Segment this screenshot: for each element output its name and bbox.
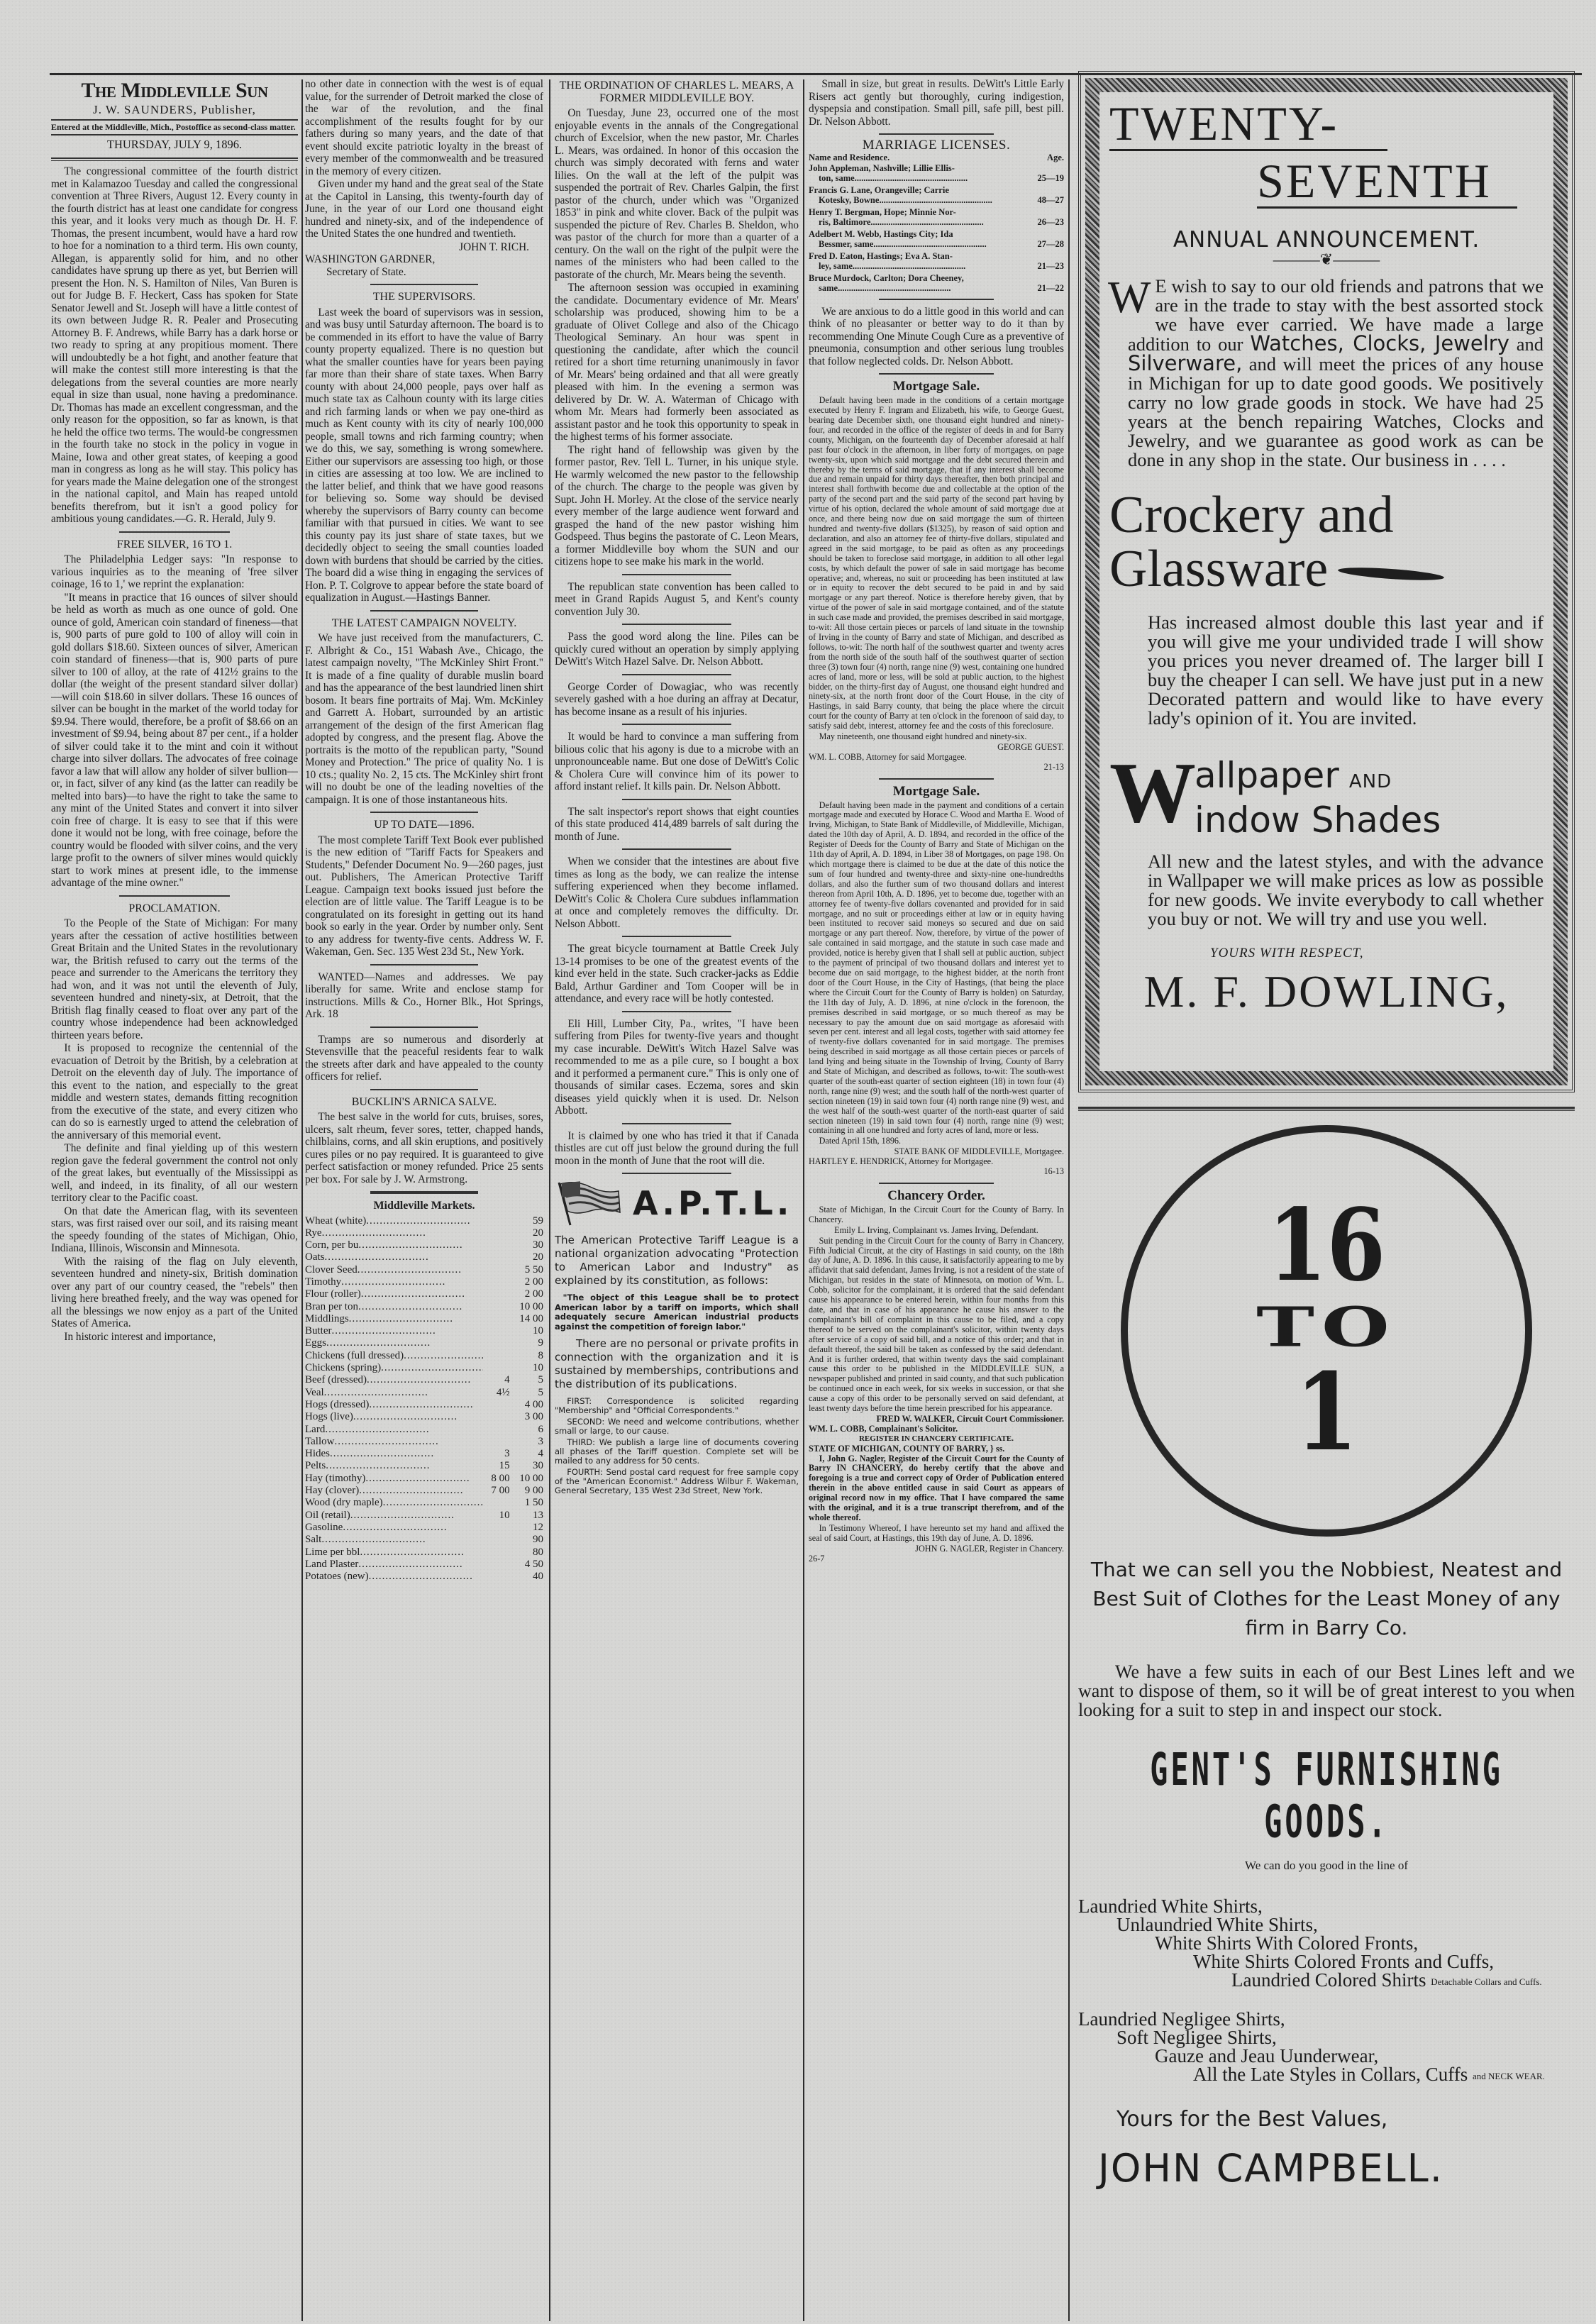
market-low (483, 1424, 510, 1436)
rule (879, 133, 994, 135)
market-row: Corn, per bu30 (305, 1239, 543, 1251)
wallpaper-word: allpaper (1195, 755, 1339, 796)
ad-heading-line-2: SEVENTH (1257, 155, 1517, 209)
market-low (483, 1411, 510, 1423)
rule (370, 284, 477, 285)
license-residence: ley, same (819, 261, 1038, 271)
rule (370, 610, 477, 612)
market-low (483, 1559, 510, 1571)
market-low: 7 00 (483, 1485, 510, 1497)
mortgage-signature: STATE BANK OF MIDDLEVILLE, Mortgagee. (809, 1147, 1064, 1157)
market-low (483, 1313, 510, 1325)
market-row: Flour (roller)2 00 (305, 1288, 543, 1300)
license-ages: 26—23 (1038, 217, 1065, 227)
shirt-item: Gauze and Jeau Uunderwear, (1078, 2047, 1575, 2065)
mortgage-attorney: WM. L. COBB, Attorney for said Mortgagee… (809, 753, 1064, 763)
market-low (483, 1522, 510, 1534)
headline-proclamation: PROCLAMATION. (51, 902, 298, 915)
market-high: 4 50 (510, 1559, 543, 1571)
headline-markets: Middleville Markets. (305, 1200, 543, 1212)
marriage-license-entry: John Appleman, Nashville; Lillie Ellis-t… (809, 163, 1064, 183)
market-item: Eggs (305, 1337, 483, 1349)
paragraph: It is proposed to recognize the centenni… (51, 1042, 298, 1141)
market-low (483, 1227, 510, 1239)
column-3: THE ORDINATION OF CHARLES L. MEARS, A FO… (555, 78, 799, 2320)
market-row: Bran per ton10 00 (305, 1301, 543, 1313)
paragraph: The most complete Tariff Text Book ever … (305, 834, 543, 958)
market-low: 4 (483, 1374, 510, 1386)
market-row: Chickens (full dressed)8 (305, 1350, 543, 1362)
markets-table: Wheat (white)59Rye20Corn, per bu30Oats20… (305, 1215, 543, 1583)
market-item: Chickens (spring) (305, 1362, 483, 1374)
market-row: Potatoes (new)40 (305, 1571, 543, 1583)
advertisement-column: TWENTY- SEVENTH ANNUAL ANNOUNCEMENT. ―――… (1078, 71, 1575, 2191)
paragraph: On that date the American flag, with its… (51, 1205, 298, 1255)
market-low (483, 1350, 510, 1362)
market-item: Pelts (305, 1460, 483, 1472)
market-item: Hogs (dressed) (305, 1399, 483, 1411)
market-item: Rye (305, 1227, 483, 1239)
market-row: Hides34 (305, 1448, 543, 1460)
market-item: Oats (305, 1251, 483, 1263)
mortgage-attorney: HARTLEY E. HENDRICK, Attorney for Mortga… (809, 1157, 1064, 1167)
headline-novelty: THE LATEST CAMPAIGN NOVELTY. (305, 617, 543, 630)
market-row: Hogs (dressed)4 00 (305, 1399, 543, 1411)
market-low: 4½ (483, 1387, 510, 1399)
notice-number: 21-13 (809, 763, 1064, 773)
signer: JOHN T. RICH. (305, 241, 529, 254)
market-low (483, 1301, 510, 1313)
market-item: Corn, per bu (305, 1239, 483, 1251)
market-low (483, 1571, 510, 1583)
market-item: Beef (dressed) (305, 1374, 483, 1386)
market-high: 10 00 (510, 1473, 543, 1485)
paragraph: The Philadelphia Ledger says: "In respon… (51, 553, 298, 591)
brief-item: The great bicycle tournament at Battle C… (555, 943, 799, 1005)
rule (622, 574, 732, 575)
column-rule (803, 79, 804, 2321)
ad-merchant-name: M. F. DOWLING, (1109, 965, 1544, 1018)
aptl-title: A.P.T.L. (555, 1181, 799, 1227)
market-row: Wheat (white)59 (305, 1215, 543, 1227)
market-row: Pelts1530 (305, 1460, 543, 1472)
market-high: 9 (510, 1337, 543, 1349)
market-row: Lard6 (305, 1424, 543, 1436)
wallpaper-and: AND (1349, 771, 1392, 792)
rule (370, 1027, 477, 1028)
brief-item: Eli Hill, Lumber City, Pa., writes, "I h… (555, 1018, 799, 1117)
market-high: 12 (510, 1522, 543, 1534)
market-high: 4 00 (510, 1399, 543, 1411)
ad-heading-line-1: TWENTY- (1109, 98, 1387, 151)
market-row: Rye20 (305, 1227, 543, 1239)
market-row: Veal4½5 (305, 1387, 543, 1399)
headline-chancery: Chancery Order. (809, 1191, 1064, 1201)
market-item: Wood (dry maple) (305, 1497, 483, 1509)
ad-closing: YOURS WITH RESPECT, (1210, 946, 1544, 961)
aptl-fourth: FOURTH: Send postal card request for fre… (555, 1468, 799, 1495)
market-low (483, 1399, 510, 1411)
market-row: Wood (dry maple)1 50 (305, 1497, 543, 1509)
attest-title: Secretary of State. (305, 266, 543, 279)
market-low (483, 1362, 510, 1374)
market-row: Hay (timothy)8 0010 00 (305, 1473, 543, 1485)
market-item: Land Plaster (305, 1559, 483, 1571)
rule (879, 299, 994, 300)
market-low (483, 1497, 510, 1509)
chancery-solicitor: WM. L. COBB, Complainant's Solicitor. (809, 1424, 1064, 1434)
market-row: Middlings14 00 (305, 1313, 543, 1325)
market-high: 5 50 (510, 1264, 543, 1276)
paragraph-anxious: We are anxious to do a little good in th… (809, 306, 1064, 368)
dropcap: W (1108, 278, 1151, 316)
market-high: 1 50 (510, 1497, 543, 1509)
aptl-heading: A.P.T.L. (633, 1197, 792, 1210)
market-row: Eggs9 (305, 1337, 543, 1349)
market-item: Gasoline (305, 1522, 483, 1534)
market-high: 2 00 (510, 1288, 543, 1300)
market-low (483, 1264, 510, 1276)
gents-furnishing-heading: GENT'S FURNISHING GOODS. (1078, 1744, 1575, 1848)
brief-item: The republican state convention has been… (555, 581, 799, 619)
market-low (483, 1534, 510, 1546)
license-names: John Appleman, Nashville; Lillie Ellis- (809, 163, 1064, 173)
shirt-item: White Shirts With Colored Fronts, (1078, 1934, 1575, 1952)
rule (622, 674, 732, 675)
aptl-intro: The American Protective Tariff League is… (555, 1234, 799, 1288)
rule (119, 895, 231, 897)
chancery-parties: Emily L. Irving, Complainant vs. James I… (809, 1226, 1064, 1236)
market-row: Timothy2 00 (305, 1276, 543, 1288)
shirt-item: All the Late Styles in Collars, Cuffs an… (1078, 2065, 1575, 2086)
market-high: 3 (510, 1436, 543, 1448)
headline-mortgage-2: Mortgage Sale. (809, 787, 1064, 797)
shirt-item: Laundried White Shirts, (1078, 1897, 1575, 1915)
aptl-third: THIRD: We publish a large line of docume… (555, 1438, 799, 1466)
wallpaper-initial: W (1109, 756, 1192, 830)
license-residence: ton, same (819, 173, 1038, 183)
headline-ordination: THE ORDINATION OF CHARLES L. MEARS, A FO… (555, 79, 799, 104)
market-high: 30 (510, 1460, 543, 1472)
license-names: Bruce Murdock, Carlton; Dora Cheeney, (809, 273, 1064, 283)
annual-announcement: ANNUAL ANNOUNCEMENT. (1109, 227, 1544, 253)
wallpaper-heading: W allpaperAND indow Shades (1109, 756, 1544, 839)
headline-marriage: MARRIAGE LICENSES. (809, 140, 1064, 150)
register-state: STATE OF MICHIGAN, COUNTY OF BARRY, } ss… (809, 1444, 1064, 1454)
market-row: Clover Seed5 50 (305, 1264, 543, 1276)
brief-item: Pass the good word along the line. Piles… (555, 631, 799, 668)
license-names: Henry T. Bergman, Hope; Minnie Nor- (809, 207, 1064, 217)
market-high: 40 (510, 1571, 543, 1583)
mortgage-notice-1: Default having been made in the conditio… (809, 396, 1064, 731)
shirt-item: Laundried Negligee Shirts, (1078, 2010, 1575, 2028)
masthead: The Middleville Sun J. W. SAUNDERS, Publ… (51, 78, 298, 161)
market-low: 3 (483, 1448, 510, 1460)
emblem-16: 16 (1268, 1196, 1385, 1295)
paragraph: The right hand of fellowship was given b… (555, 444, 799, 568)
wallpaper-body: All new and the latest styles, and with … (1109, 852, 1544, 929)
market-high: 10 00 (510, 1301, 543, 1313)
market-item: Lard (305, 1424, 483, 1436)
brief-item: The salt inspector's report shows that e… (555, 806, 799, 843)
ad-and: and (1517, 333, 1544, 355)
rule (879, 373, 994, 375)
headline-up-to-date: UP TO DATE—1896. (305, 819, 543, 831)
market-item: Hay (clover) (305, 1485, 483, 1497)
brief-item: When we consider that the intestines are… (555, 856, 799, 930)
neckwear-note: and NECK WEAR. (1473, 2071, 1545, 2081)
market-low (483, 1215, 510, 1227)
rule (879, 1183, 994, 1184)
marriage-table-header: Name and Residence. Age. (809, 153, 1064, 163)
shirt-item: Unlaundried White Shirts, (1078, 1915, 1575, 1934)
mortgage-dated: May nineteenth, one thousand eight hundr… (809, 732, 1064, 742)
market-high: 8 (510, 1350, 543, 1362)
rule (622, 1123, 732, 1124)
brief-item: It is claimed by one who has tried it th… (555, 1130, 799, 1168)
license-ages: 25—19 (1038, 173, 1065, 183)
testimony: In Testimony Whereof, I have hereunto se… (809, 1524, 1064, 1544)
market-high: 5 (510, 1374, 543, 1386)
paragraph: The afternoon session was occupied in ex… (555, 282, 799, 443)
market-item: Clover Seed (305, 1264, 483, 1276)
license-names: Adelbert M. Webb, Hastings City; Ida (809, 229, 1064, 239)
column-4: Small in size, but great in results. DeW… (809, 78, 1064, 2320)
paragraph: Last week the board of supervisors was i… (305, 306, 543, 604)
license-residence: Bessmer, same (819, 239, 1038, 249)
market-low (483, 1288, 510, 1300)
license-ages: 27—28 (1038, 239, 1065, 249)
marriage-license-entry: Bruce Murdock, Carlton; Dora Cheeney,sam… (809, 273, 1064, 293)
rule (622, 1173, 732, 1174)
aptl-profits: There are no personal or private profits… (555, 1337, 799, 1391)
rule (51, 157, 298, 161)
campbell-advertisement: 16 TO 1 That we can sell you the Nobbies… (1078, 1125, 1575, 2191)
market-low (483, 1546, 510, 1559)
column-rule (301, 79, 303, 2321)
market-high: 10 (510, 1325, 543, 1337)
license-residence: ris, Baltimore (819, 217, 1038, 227)
rule (879, 778, 994, 780)
mortgage-notice-2: Default having been made in the payment … (809, 801, 1064, 1136)
mortgage-dated: Dated April 15th, 1896. (809, 1136, 1064, 1146)
market-low (483, 1337, 510, 1349)
market-item: Butter (305, 1325, 483, 1337)
paragraph: Given under my hand and the great seal o… (305, 178, 543, 240)
market-high: 90 (510, 1534, 543, 1546)
masthead-title: The Middleville Sun (51, 78, 298, 104)
market-item: Potatoes (new) (305, 1571, 483, 1583)
column-header-name: Name and Residence. (809, 153, 890, 163)
campbell-merchant-name: JOHN CAMPBELL. (1098, 2146, 1575, 2191)
marriage-license-entry: Francis G. Lane, Orangeville; CarrieKote… (809, 185, 1064, 205)
market-high: 10 (510, 1362, 543, 1374)
market-low: 10 (483, 1510, 510, 1522)
notice-number: 16-13 (809, 1167, 1064, 1177)
register-signature: JOHN G. NAGLER, Register in Chancery. (809, 1544, 1064, 1554)
market-low (483, 1276, 510, 1288)
crockery-line-2: Glassware (1109, 540, 1328, 598)
license-names: Fred D. Eaton, Hastings; Eva A. Stan- (809, 251, 1064, 261)
rule (622, 936, 732, 937)
market-item: Lime per bbl (305, 1546, 483, 1559)
market-row: Beef (dressed)45 (305, 1374, 543, 1386)
headline-mortgage-1: Mortgage Sale. (809, 382, 1064, 392)
market-row: Gasoline12 (305, 1522, 543, 1534)
market-item: Chickens (full dressed) (305, 1350, 483, 1362)
paragraph: In historic interest and importance, (51, 1331, 298, 1344)
market-high: 20 (510, 1251, 543, 1263)
headline-supervisors: THE SUPERVISORS. (305, 291, 543, 304)
paragraph: We have just received from the manufactu… (305, 632, 543, 806)
chancery-court: State of Michigan, In the Circuit Court … (809, 1205, 1064, 1225)
market-row: Hay (clover)7 009 00 (305, 1485, 543, 1497)
mortgage-signature: GEORGE GUEST. (809, 743, 1064, 753)
market-row: Tallow3 (305, 1436, 543, 1448)
column-rule (549, 79, 550, 2321)
brief-items: The republican state convention has been… (555, 574, 799, 1168)
dowling-advertisement: TWENTY- SEVENTH ANNUAL ANNOUNCEMENT. ―――… (1078, 71, 1575, 1092)
shirt-list-2: Laundried Negligee Shirts,Soft Negligee … (1078, 2010, 1575, 2086)
rule (1078, 1107, 1575, 1111)
rule (119, 531, 231, 533)
market-item: Hay (timothy) (305, 1473, 483, 1485)
market-low (483, 1251, 510, 1263)
marriage-license-entry: Henry T. Bergman, Hope; Minnie Nor-ris, … (809, 207, 1064, 227)
market-item: Wheat (white) (305, 1215, 483, 1227)
rule (370, 812, 477, 813)
aptl-first: FIRST: Correspondence is solicited regar… (555, 1397, 799, 1415)
masthead-entered: Entered at the Middleville, Mich., Posto… (51, 119, 298, 135)
brief-item: George Corder of Dowagiac, who was recen… (555, 681, 799, 719)
market-high: 30 (510, 1239, 543, 1251)
chancery-order: Suit pending in the Circuit Court for th… (809, 1236, 1064, 1414)
rule (622, 724, 732, 725)
paragraph: "It means in practice that 16 ounces of … (51, 592, 298, 890)
paragraph-risers: Small in size, but great in results. DeW… (809, 78, 1064, 128)
campbell-suits: We have a few suits in each of our Best … (1078, 1662, 1575, 1720)
market-high: 59 (510, 1215, 543, 1227)
market-low (483, 1436, 510, 1448)
market-row: Salt90 (305, 1534, 543, 1546)
headline-free-silver: FREE SILVER, 16 TO 1. (51, 538, 298, 551)
rule (622, 799, 732, 800)
market-low: 8 00 (483, 1473, 510, 1485)
aptl-advertisement: A.P.T.L. The American Protective Tariff … (555, 1181, 799, 1495)
paragraph: The best salve in the world for cuts, br… (305, 1111, 543, 1185)
rule (622, 1011, 732, 1012)
aptl-second: SECOND: We need and welcome contribution… (555, 1417, 799, 1436)
market-row: Butter10 (305, 1325, 543, 1337)
ad-intro: W E wish to say to our old friends and p… (1109, 277, 1544, 470)
masthead-publisher: J. W. SAUNDERS, Publisher, (51, 104, 298, 116)
flourish-ornament-icon: ―――❦――― (1109, 253, 1544, 267)
masthead-date: THURSDAY, JULY 9, 1896. (51, 135, 298, 154)
market-high: 13 (510, 1510, 543, 1522)
market-row: Hogs (live)3 00 (305, 1411, 543, 1423)
rule (370, 1089, 477, 1090)
shirt-list-1: Laundried White Shirts,Unlaundried White… (1078, 1897, 1575, 1991)
crockery-line-1: Crockery and (1109, 488, 1544, 542)
attest: WASHINGTON GARDNER, (305, 253, 543, 266)
license-names: Francis G. Lane, Orangeville; Carrie (809, 185, 1064, 195)
shirt-item: White Shirts Colored Fronts and Cuffs, (1078, 1952, 1575, 1971)
market-item: Salt (305, 1534, 483, 1546)
paragraph: no other date in connection with the wes… (305, 78, 543, 177)
shirt-item: Soft Negligee Shirts, (1078, 2028, 1575, 2047)
license-ages: 21—22 (1038, 283, 1065, 293)
paragraph: To the People of the State of Michigan: … (51, 917, 298, 1041)
market-item: Hogs (live) (305, 1411, 483, 1423)
column-header-age: Age. (1047, 153, 1064, 163)
market-item: Middlings (305, 1313, 483, 1325)
paragraph-tramps: Tramps are so numerous and disorderly at… (305, 1034, 543, 1083)
ad-goods: Watches, Clocks, Jewelry (1250, 331, 1509, 355)
license-residence: Kotesky, Bowne (819, 195, 1038, 205)
brief-item: It would be hard to convince a man suffe… (555, 731, 799, 793)
marriage-license-entry: Adelbert M. Webb, Hastings City; IdaBess… (809, 229, 1064, 249)
market-row: Oil (retail)1013 (305, 1510, 543, 1522)
market-high: 2 00 (510, 1276, 543, 1288)
market-low (483, 1239, 510, 1251)
column-2: no other date in connection with the wes… (305, 78, 543, 2320)
market-item: Timothy (305, 1276, 483, 1288)
crockery-heading: Crockery and Glassware (1109, 488, 1544, 596)
detachable-note: Detachable Collars and Cuffs. (1431, 1976, 1541, 1987)
headline-arnica: BUCKLIN'S ARNICA SALVE. (305, 1096, 543, 1109)
paragraph-wanted: WANTED—Names and addresses. We pay liber… (305, 971, 543, 1021)
license-ages: 21—23 (1038, 261, 1065, 271)
market-row: Chickens (spring)10 (305, 1362, 543, 1374)
swash-ornament-icon (1338, 565, 1445, 582)
rule (622, 848, 732, 850)
market-high: 5 (510, 1387, 543, 1399)
crockery-body: Has increased almost double this last ye… (1109, 613, 1544, 728)
market-low (483, 1325, 510, 1337)
market-high: 4 (510, 1448, 543, 1460)
newspaper-page: The Middleville Sun J. W. SAUNDERS, Publ… (0, 0, 1596, 2324)
rule (370, 964, 477, 965)
license-ages: 48—27 (1038, 195, 1065, 205)
market-high: 80 (510, 1546, 543, 1559)
marriage-licenses-list: John Appleman, Nashville; Lillie Ellis-t… (809, 163, 1064, 293)
register-certificate: I, John G. Nagler, Register of the Circu… (809, 1454, 1064, 1523)
market-high: 9 00 (510, 1485, 543, 1497)
paragraph: With the raising of the flag on July ele… (51, 1256, 298, 1330)
rule (370, 1191, 477, 1194)
paragraph: On Tuesday, June 23, occurred one of the… (555, 107, 799, 281)
column-rule (1068, 79, 1070, 2321)
market-row: Oats20 (305, 1251, 543, 1263)
register-heading: REGISTER IN CHANCERY CERTIFICATE. (809, 1434, 1064, 1444)
emblem-1: 1 (1295, 1359, 1358, 1466)
rule (622, 624, 732, 625)
market-high: 6 (510, 1424, 543, 1436)
market-item: Tallow (305, 1436, 483, 1448)
campbell-line-of: We can do you good in the line of (1078, 1859, 1575, 1873)
american-flag-icon (555, 1181, 623, 1227)
market-item: Bran per ton (305, 1301, 483, 1313)
paragraph: The congressional committee of the fourt… (51, 165, 298, 526)
notice-number: 26-7 (809, 1554, 1064, 1564)
sixteen-to-one-emblem: 16 TO 1 (1121, 1125, 1532, 1537)
emblem-to: TO (1256, 1300, 1397, 1355)
market-high: 20 (510, 1227, 543, 1239)
chancery-signature: FRED W. WALKER, Circuit Court Commission… (809, 1415, 1064, 1424)
market-low: 15 (483, 1460, 510, 1472)
market-row: Lime per bbl80 (305, 1546, 543, 1559)
paragraph: The definite and final yielding up of th… (51, 1142, 298, 1205)
